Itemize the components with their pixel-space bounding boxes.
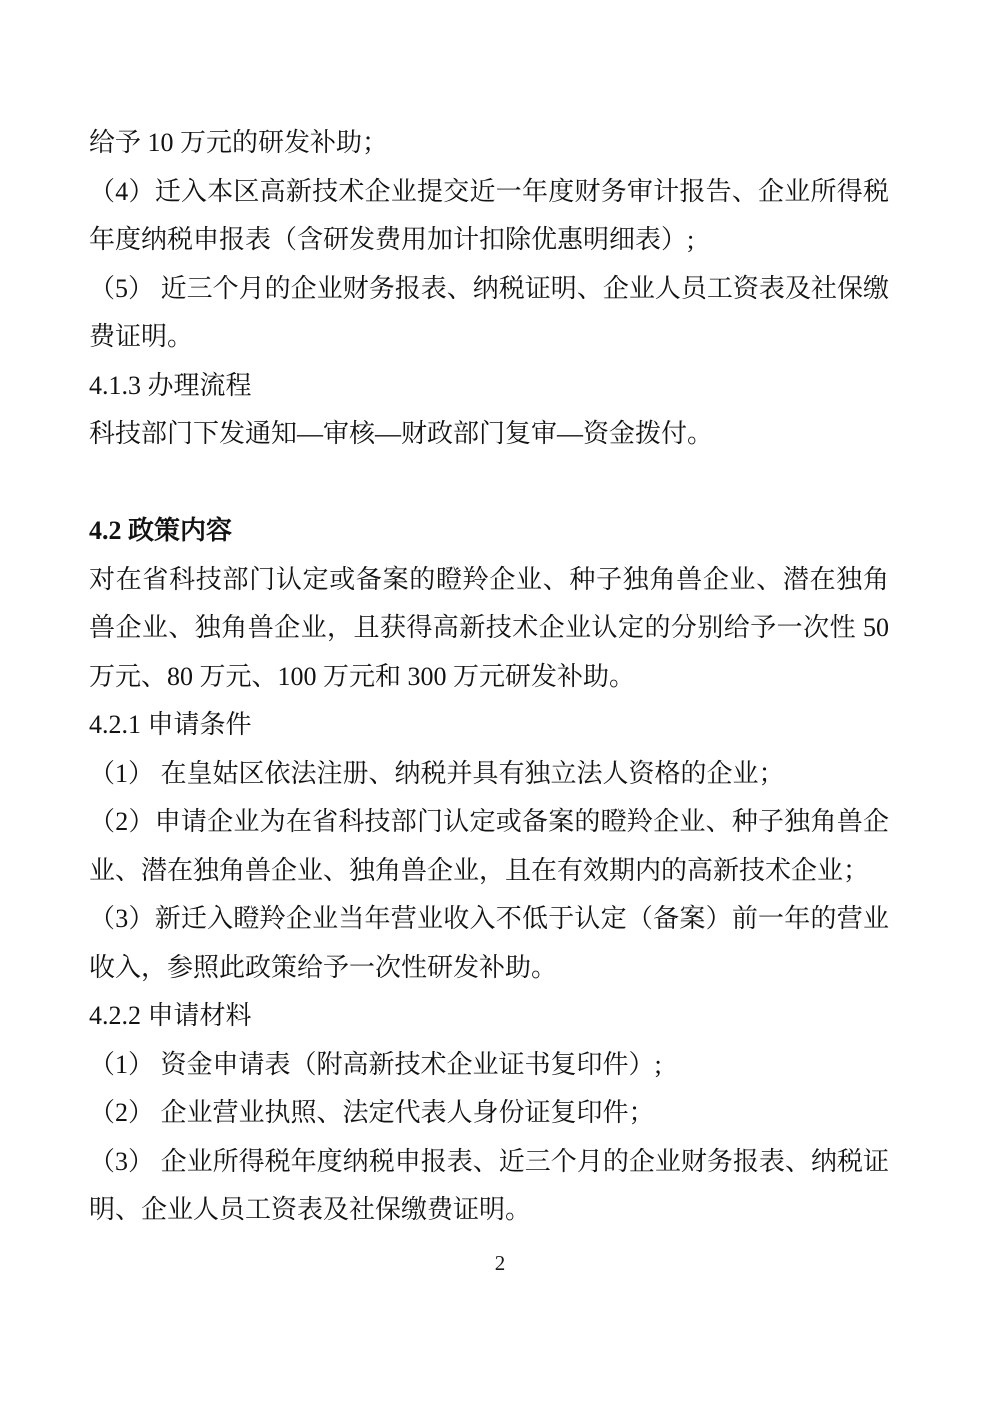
- paragraph: （1） 资金申请表（附高新技术企业证书复印件）;: [89, 1041, 889, 1090]
- document-body: 给予 10 万元的研发补助；（4）迁入本区高新技术企业提交近一年度财务审计报告、…: [89, 119, 889, 1235]
- paragraph: （2） 企业营业执照、法定代表人身份证复印件；: [89, 1089, 889, 1138]
- paragraph: （2）申请企业为在省科技部门认定或备案的瞪羚企业、种子独角兽企业、潜在独角兽企业…: [89, 798, 889, 895]
- section-heading: 4.2 政策内容: [89, 507, 889, 556]
- paragraph: （5） 近三个月的企业财务报表、纳税证明、企业人员工资表及社保缴费证明。: [89, 265, 889, 362]
- paragraph: 对在省科技部门认定或备案的瞪羚企业、种子独角兽企业、潜在独角兽企业、独角兽企业，…: [89, 556, 889, 702]
- subsection-heading: 4.2.2 申请材料: [89, 992, 889, 1041]
- subsection-heading: 4.1.3 办理流程: [89, 362, 889, 411]
- paragraph: 科技部门下发通知—审核—财政部门复审—资金拨付。: [89, 410, 889, 459]
- document-page: 给予 10 万元的研发补助；（4）迁入本区高新技术企业提交近一年度财务审计报告、…: [0, 0, 1000, 1413]
- subsection-heading: 4.2.1 申请条件: [89, 701, 889, 750]
- page-number: 2: [0, 1250, 1000, 1276]
- paragraph: 给予 10 万元的研发补助；: [89, 119, 889, 168]
- paragraph: （3）新迁入瞪羚企业当年营业收入不低于认定（备案）前一年的营业收入，参照此政策给…: [89, 895, 889, 992]
- paragraph: （4）迁入本区高新技术企业提交近一年度财务审计报告、企业所得税年度纳税申报表（含…: [89, 168, 889, 265]
- paragraph: （3） 企业所得税年度纳税申报表、近三个月的企业财务报表、纳税证明、企业人员工资…: [89, 1138, 889, 1235]
- paragraph: （1） 在皇姑区依法注册、纳税并具有独立法人资格的企业；: [89, 750, 889, 799]
- blank-line: [89, 459, 889, 508]
